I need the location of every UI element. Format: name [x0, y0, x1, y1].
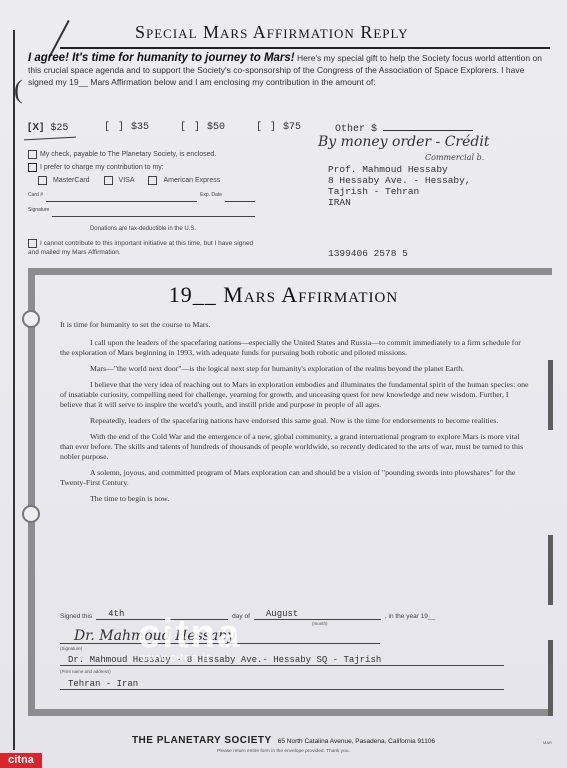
cannot-contribute-option[interactable]: I cannot contribute to this important in…: [28, 239, 258, 257]
affirmation-border-segment: [548, 535, 553, 605]
affirmation-title: 19__ Mars Affirmation: [0, 282, 567, 308]
reference-number: 1399406 2578 5: [328, 248, 408, 259]
affirmation-paragraph: A solemn, joyous, and committed program …: [60, 468, 530, 488]
check-option[interactable]: My check, payable to The Planetary Socie…: [28, 148, 258, 161]
signature-caption: (Signature): [60, 646, 82, 651]
organization-name: THE PLANETARY SOCIETY: [132, 735, 272, 746]
affirmation-paragraph: I call upon the leaders of the spacefari…: [60, 338, 530, 358]
punch-hole: [22, 310, 40, 328]
affirmation-paragraph: I believe that the very idea of reaching…: [60, 380, 530, 410]
card-number-field[interactable]: [46, 193, 197, 202]
print-name-field[interactable]: Dr. Mahmoud Hessaby - 8 Hessaby Ave.- He…: [60, 655, 504, 666]
payment-options: My check, payable to The Planetary Socie…: [28, 148, 258, 257]
amount-underline-mark: [24, 137, 76, 141]
amount-option-75[interactable]: [ ] $75: [256, 122, 332, 134]
document-page: ( Special Mars Affirmation Reply I agree…: [0, 0, 567, 768]
handwritten-payment-note: By money order - Crédit: [318, 134, 489, 150]
intro-lead: I agree! It's time for humanity to journ…: [28, 52, 295, 64]
amount-option-35[interactable]: [ ] $35: [104, 122, 180, 134]
card-type-options: MasterCard VISA American Express: [28, 174, 258, 187]
affirmation-paragraph: Repeatedly, leaders of the spacefaring n…: [60, 416, 530, 426]
print-name-caption: (Print name and address): [60, 669, 111, 674]
address-field[interactable]: Tehran - Iran: [60, 679, 504, 690]
card-mastercard[interactable]: MasterCard: [38, 177, 96, 184]
handwritten-bank-note: Commercial b.: [425, 153, 484, 162]
watermark-logo: citna: [138, 612, 241, 657]
cannot-checkbox[interactable]: [28, 239, 37, 248]
reply-form-title: Special Mars Affirmation Reply: [135, 22, 409, 43]
exp-date-field[interactable]: [225, 193, 255, 202]
affirmation-border-segment: [548, 360, 553, 430]
charge-option[interactable]: I prefer to charge my contribution to my…: [28, 161, 258, 174]
check-checkbox[interactable]: [28, 150, 37, 159]
card-signature-row: Signature: [28, 204, 258, 217]
card-signature-field[interactable]: [52, 208, 255, 217]
form-code: MAR: [543, 740, 552, 745]
punch-hole: [22, 505, 40, 523]
charge-checkbox[interactable]: [28, 163, 37, 172]
amount-option-50[interactable]: [ ] $50: [180, 122, 256, 134]
card-number-row: Card # Exp. Date: [28, 189, 258, 202]
citna-logo: citna: [0, 753, 42, 768]
tax-note: Donations are tax-deductible in the U.S.: [28, 223, 258, 236]
bracket-mark: (: [14, 75, 23, 105]
footer: THE PLANETARY SOCIETY65 North Catalina A…: [0, 730, 567, 754]
contribution-amounts: [X] $25 [ ] $35 [ ] $50 [ ] $75: [28, 122, 332, 134]
affirmation-paragraph: Mars—"the world next door"—is the logica…: [60, 364, 530, 374]
organization-address: 65 North Catalina Avenue, Pasadena, Cali…: [278, 738, 435, 745]
other-amount-line[interactable]: [383, 122, 473, 131]
affirmation-paragraph: It is time for humanity to set the cours…: [60, 320, 530, 330]
affirmation-body: It is time for humanity to set the cours…: [60, 320, 530, 510]
affirmation-border-segment: [548, 640, 553, 716]
watermark-url: www.citna.ir: [140, 652, 211, 664]
mailing-address-label: Prof. Mahmoud Hessaby 8 Hessaby Ave. - H…: [328, 164, 471, 208]
card-amex[interactable]: American Express: [148, 177, 226, 184]
signed-month-field[interactable]: August: [254, 609, 381, 620]
affirmation-paragraph: The time to begin is now.: [60, 494, 530, 504]
amount-option-25[interactable]: [X] $25: [28, 122, 104, 134]
return-note: Please return entire form in the envelop…: [0, 749, 567, 754]
month-caption: (month): [312, 621, 328, 626]
intro-paragraph: I agree! It's time for humanity to journ…: [28, 52, 548, 88]
margin-rule: [13, 30, 15, 750]
affirmation-paragraph: With the end of the Cold War and the eme…: [60, 432, 530, 462]
signed-date-row: Signed this 4th day of August , in the y…: [60, 609, 530, 620]
card-visa[interactable]: VISA: [104, 177, 141, 184]
title-divider: [60, 47, 550, 49]
